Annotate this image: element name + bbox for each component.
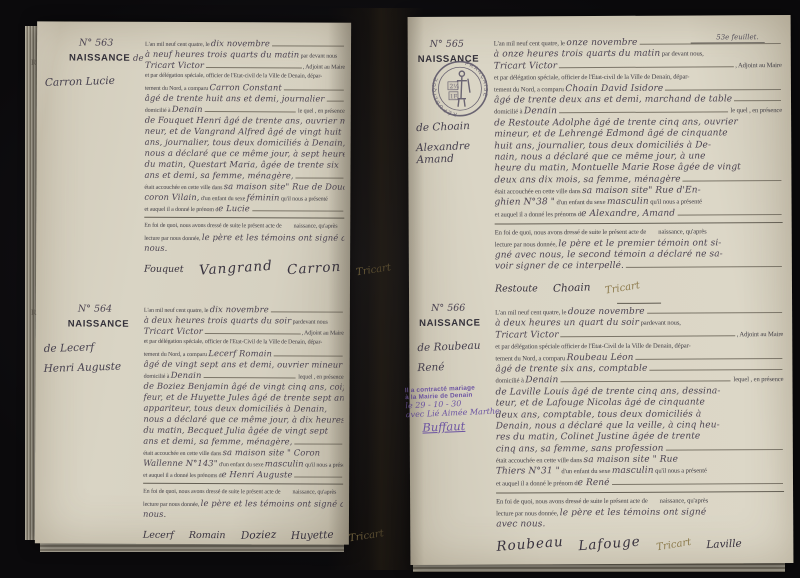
signature: Romain	[189, 530, 226, 541]
signature: Roubeau	[496, 534, 564, 555]
printed-text: pardevant nous	[291, 317, 328, 326]
printed-text: tement du Nord, a comparu	[495, 353, 566, 365]
act-line: du matin, Becquet Julia âgée de vingt se…	[143, 425, 343, 437]
printed-text: et auquel il a donné les prénoms d	[495, 209, 582, 221]
blank-rule	[274, 355, 343, 356]
handwritten-text: du matin, Becquet Julia âgée de vingt se…	[143, 425, 328, 437]
blank-rule	[295, 476, 343, 477]
act-heading: NAISSANCE	[409, 318, 495, 329]
revenue-stamp: RÉPUBLIQUE FRANÇAISE 2¼ 1F.	[430, 59, 490, 124]
act-line: coron Vilain, d'un enfant du sexe fémini…	[144, 192, 344, 204]
act-line: âgé de vingt sept ans et demi, ouvrier m…	[144, 359, 344, 371]
act-line: du matin, Questart Maria, âgée de trente…	[144, 159, 344, 171]
printed-text: et auquel il a donné le prénom d	[496, 478, 578, 490]
printed-text: , Adjoint au Maire	[303, 62, 345, 71]
handwritten-text: nous a déclaré que ce même jour, à sept …	[145, 148, 345, 160]
act-line: de Fouquet Henri âgé de trente ans, ouvr…	[145, 115, 345, 127]
handwritten-text: de Boziez Benjamin âgé de vingt cinq ans…	[144, 381, 344, 393]
blank-rule	[683, 180, 782, 182]
handwritten-text: ans et demi, sa femme, ménagère,	[144, 170, 293, 182]
blank-rule	[271, 311, 343, 312]
act-line: lecture par nous donnée, le père et les …	[144, 232, 344, 244]
handwritten-text: res du matin, Colinet Justine âgée de tr…	[496, 432, 701, 444]
handwritten-text: onze novembre	[566, 38, 637, 50]
handwritten-text: cinq ans, sa femme, sans profession	[496, 443, 664, 455]
handwritten-text: Denain	[171, 370, 202, 381]
printed-text: était accouchée en cette ville dans	[496, 455, 584, 467]
printed-text: et par délégation spéciale officier de l…	[495, 341, 690, 353]
blank-rule	[677, 214, 781, 216]
printed-text: et auquel il a donné les prénoms d	[143, 471, 221, 481]
printed-text: lecture par nous donnée,	[496, 508, 560, 520]
signatures-row: FouquetVangrandCarronTricart	[144, 259, 344, 278]
margin-name: René	[409, 359, 495, 374]
act-line: En foi de quoi, nous avons dressé de sui…	[144, 221, 344, 233]
handwritten-text: dix novembre	[211, 38, 270, 49]
printed-text: et par délégation spéciale, officier de …	[145, 71, 322, 83]
handwritten-text: Tricart Victor	[145, 60, 204, 71]
act-number: N° 563	[37, 37, 145, 48]
blank-rule	[252, 210, 343, 211]
handwritten-text: heure du matin, Montuelle Marie Rose âgé…	[494, 163, 741, 176]
handwritten-text: e Lucie	[218, 203, 250, 214]
printed-text: qu'il nous a présenté	[279, 194, 327, 203]
blank-rule	[649, 369, 782, 371]
closing-rule	[143, 483, 343, 485]
signature: Tricart	[656, 537, 692, 554]
act-line: Tricart Victor, Adjoint au Maire	[145, 60, 345, 72]
printed-text: L'an mil neuf cent quatre, le	[495, 307, 568, 319]
handwritten-text: gné avec nous, le second témoin a déclar…	[495, 249, 723, 262]
handwritten-text: le père et les témoins ont signé	[560, 507, 707, 519]
act-line: et par délégation spéciale, officier de …	[144, 337, 344, 349]
act-line: feur, et de Huyette Jules âgé de trente …	[143, 392, 343, 404]
blank-rule	[612, 483, 783, 485]
act-margin: N° 566NAISSANCEde RoubeauRené	[409, 303, 495, 373]
act-separator-rule	[617, 303, 661, 304]
margin-name: de Roubeau	[409, 339, 495, 354]
handwritten-text: à deux heures trois quarts du soir	[144, 315, 291, 327]
handwritten-text: masculin	[265, 458, 304, 469]
printed-text: et par délégation spéciale, officier de …	[144, 337, 322, 349]
handwritten-text: âgé de trente deux ans et demi, marchand…	[494, 94, 732, 107]
handwritten-text: Tricart Victor	[494, 61, 557, 73]
left-page: N° 563NAISSANCE deCarron LucieL'an mil n…	[35, 21, 351, 544]
act-line: avec nous.	[496, 518, 784, 531]
signature: Huyette	[291, 529, 334, 542]
printed-text: par devant nous,	[660, 49, 703, 61]
handwritten-text: nous.	[143, 509, 166, 520]
handwritten-text: sa maison site " Coron	[223, 447, 321, 458]
printed-text: par devant nous	[299, 51, 337, 60]
handwritten-text: masculin	[607, 197, 649, 209]
handwritten-text: Denain	[524, 107, 557, 119]
printed-text: En foi de quoi, nous avons dressé de sui…	[143, 487, 280, 499]
blank-rule	[294, 443, 342, 444]
blank-rule	[203, 377, 295, 378]
act-line: domicilié à Denain lequel , en présence	[495, 374, 783, 387]
handwritten-text: e René	[578, 478, 610, 490]
handwritten-text: le père et les témoins ont signé avec	[201, 498, 343, 510]
act-body: L'an mil neuf cent quatre, le dix novemb…	[143, 304, 344, 544]
signature: Choain	[553, 281, 591, 294]
handwritten-text: Lecerf Romain	[208, 348, 272, 359]
handwritten-text: âgé de vingt sept ans et demi, ouvrier m…	[144, 359, 343, 371]
blank-rule	[561, 335, 736, 337]
blank-rule	[284, 89, 344, 90]
handwritten-text: voir signer de ce interpellé.	[495, 261, 624, 273]
printed-text: qu'il nous a présenté	[654, 466, 707, 478]
blank-rule	[647, 312, 782, 314]
act-line: heure du matin, Montuelle Marie Rose âgé…	[494, 162, 782, 175]
handwritten-text: sa maison site" Rue d'En-	[582, 186, 701, 198]
handwritten-text: deux ans dix mois, sa femme, ménagère	[494, 174, 680, 186]
printed-text: qu'il nous a présenté	[649, 197, 702, 209]
heading-de: de	[130, 54, 143, 64]
act-566: N° 566NAISSANCEde RoubeauRenéL'an mil ne…	[409, 301, 793, 565]
blank-rule	[734, 100, 781, 101]
margin-names: de ChoainAlexandre Amand	[408, 121, 494, 165]
act-line: appariteur, tous deux domiciliés à Denai…	[143, 403, 343, 415]
handwritten-text: du matin, Questart Maria, âgée de trente…	[144, 159, 338, 171]
act-line: et auquel il a donné le prénom de René	[496, 477, 784, 490]
closing-rule	[144, 217, 344, 219]
act-line: tement du Nord, a comparu Lecerf Romain	[144, 348, 344, 360]
act-heading: NAISSANCE	[36, 318, 144, 329]
act-number: N° 565	[408, 39, 494, 50]
blank-rule	[206, 67, 302, 68]
margin-name: Alexandre Amand	[408, 139, 495, 166]
act-line: domicilié à Denain le quel , en présence	[145, 104, 345, 116]
signatures-row: LecerfRomainDoziezHuyetteTricart	[143, 525, 343, 544]
act-line: L'an mil neuf cent quatre, le dix novemb…	[145, 38, 345, 50]
printed-text: L'an mil neuf cent quatre, le	[494, 38, 567, 50]
printed-text: pardevant nous,	[639, 318, 681, 330]
act-heading: NAISSANCE de	[37, 52, 145, 63]
handwritten-text: coron Vilain,	[144, 192, 199, 203]
act-line: et auquel il a donné les prénoms de Henr…	[143, 469, 343, 481]
act-line: ans, journalier, tous deux domiciliés à …	[145, 137, 345, 149]
act-margin: N° 564NAISSANCEde LecerfHenri Auguste	[36, 303, 144, 373]
printed-text: naissance, qu'après	[292, 487, 336, 498]
act-line: L'an mil neuf cent quatre, le dix novemb…	[144, 304, 344, 316]
signature: Fouquet	[144, 264, 184, 275]
act-line: était accouchée en cette ville dans sa m…	[143, 447, 343, 459]
printed-text: tement du Nord, a comparu	[494, 84, 565, 96]
blank-rule	[272, 45, 344, 46]
handwritten-text: sa maison site " Rue	[583, 455, 678, 467]
handwritten-text: le père et les témoins ont signé avec	[202, 232, 344, 244]
handwritten-text: douze novembre	[568, 307, 645, 319]
margin-name: Henri Auguste	[35, 360, 143, 375]
blank-rule	[560, 381, 731, 383]
printed-text: En foi de quoi, nous avons dressé de sui…	[496, 496, 648, 508]
act-line: ans et demi, sa femme, ménagère,	[144, 170, 344, 182]
handwritten-text: à deux heures un quart du soir	[495, 318, 639, 330]
signatures-row: RoubeauLafougeTricartLaville	[496, 534, 784, 554]
closing-rule	[496, 491, 784, 494]
margin-names: de RoubeauRené	[409, 341, 495, 373]
edge-letter: R	[31, 58, 36, 67]
printed-text: et auquel il a donné le prénom d	[144, 205, 218, 215]
act-line: domicilié à Denain le quel , en présence	[494, 105, 782, 118]
blank-rule	[665, 89, 781, 91]
printed-text: lecture par nous donnée,	[495, 239, 559, 251]
act-line: neur, et de Vangrand Alfred âgé de vingt…	[145, 126, 345, 138]
signature: Lafouge	[578, 534, 641, 555]
printed-text: lequel , en présence	[297, 372, 344, 381]
printed-text: naissance, qu'après	[294, 221, 338, 232]
handwritten-text: à onze heures trois quarts du matin	[494, 49, 661, 61]
handwritten-text: feur, et de Huyette Jules âgé de trente …	[143, 392, 343, 404]
printed-text: le quel , en présence	[729, 105, 782, 117]
marriage-mention-stamp: Il a contracté mariage à la Mairie de De…	[405, 382, 537, 435]
handwritten-text: nous.	[144, 243, 167, 254]
act-line: à neuf heures trois quarts du matin par …	[145, 49, 345, 61]
act-564: N° 564NAISSANCEde LecerfHenri AugusteL'a…	[35, 303, 350, 544]
printed-text: lequel , en présence	[732, 374, 784, 386]
handwritten-text: avec nous.	[496, 519, 545, 531]
act-line: et auquel il a donné le prénom de Lucie	[144, 203, 344, 215]
act-line: voir signer de ce interpellé.	[495, 260, 783, 273]
printed-text: naissance, qu'après	[660, 496, 708, 508]
handwritten-text: e Henri Auguste	[222, 469, 293, 480]
printed-text: En foi de quoi, nous avons dressé de sui…	[495, 227, 647, 239]
act-line: était accouchée en cette ville dans sa m…	[144, 181, 344, 193]
signatures-row: RestouteChoainTricart	[495, 277, 783, 297]
blank-rule	[296, 177, 344, 178]
folio-label: 53e feuillet.	[690, 33, 764, 43]
handwritten-text: âgé de trente huit ans et demi, journali…	[145, 93, 325, 105]
margin-names: de LecerfHenri Auguste	[36, 341, 144, 373]
blank-rule	[636, 358, 783, 360]
blank-rule	[666, 449, 783, 451]
margin-names: Carron Lucie	[37, 75, 145, 87]
act-563: N° 563NAISSANCE deCarron LucieL'an mil n…	[36, 37, 351, 304]
signature: Vangrand	[198, 258, 273, 279]
register-photo: { "folio_label": "53e feuillet.", "edge_…	[0, 0, 800, 578]
stamp-value-bottom: 1F.	[450, 94, 459, 100]
act-line: nous a déclaré que ce même jour, à dix h…	[143, 414, 343, 426]
handwritten-text: nous a déclaré que ce même jour, à dix h…	[143, 414, 343, 426]
act-line: Tricart Victor, Adjoint au Maire	[144, 326, 344, 338]
handwritten-text: âgé de trente six ans, comptable	[495, 364, 647, 376]
handwritten-text: le père et le premier témoin ont si-	[558, 238, 721, 250]
act-number: N° 566	[409, 303, 495, 314]
signature: Tricart	[605, 280, 641, 297]
stamp-value-top: 2¼	[449, 83, 459, 90]
printed-text: qu'il nous a présenté	[304, 460, 344, 469]
right-page: 53e feuillet. RÉPUBLIQUE FRANÇAISE 2¼ 1F…	[408, 15, 794, 565]
handwritten-text: Denain	[172, 104, 203, 115]
handwritten-text: e Alexandre, Amand	[581, 208, 675, 220]
handwritten-text: Carron Constant	[210, 82, 282, 93]
signature: Restoute	[495, 283, 538, 294]
signature: Tricart	[356, 262, 392, 278]
handwritten-text: Roubeau Léon	[567, 352, 634, 364]
blank-rule	[205, 333, 301, 334]
act-margin: N° 563NAISSANCE deCarron Lucie	[37, 37, 145, 87]
act-line: Tricart Victor, Adjoint au Maire	[494, 60, 782, 73]
handwritten-text: dix novembre	[210, 304, 269, 315]
printed-text: d'un enfant du sexe	[560, 466, 612, 478]
act-body: L'an mil neuf cent quatre, le dix novemb…	[144, 38, 345, 278]
handwritten-text: Wallenne N°143"	[143, 458, 218, 469]
act-line: à deux heures trois quarts du soir parde…	[144, 315, 344, 327]
blank-rule	[326, 101, 343, 102]
act-line: En foi de quoi, nous avons dressé de sui…	[143, 487, 343, 499]
margin-name: de Lecerf	[36, 340, 144, 355]
act-line: Tricart Victor, Adjoint au Maire	[495, 329, 783, 342]
handwritten-text: Thiers N°31 "	[496, 467, 560, 479]
printed-text: d'un enfant du sexe	[555, 197, 607, 209]
handwritten-text: ghien N°38 "	[495, 198, 556, 210]
signature: Lecerf	[143, 530, 174, 541]
blank-rule	[626, 266, 782, 268]
printed-text: , Adjoint au Maire	[737, 329, 784, 341]
act-line: domicilié à Denain lequel , en présence	[144, 370, 344, 382]
blank-rule	[559, 112, 728, 114]
printed-text: était accouchée en cette ville dans	[494, 186, 582, 198]
printed-text: , Adjoint au Maire	[735, 60, 782, 72]
handwritten-text: Tricart Victor	[144, 326, 203, 337]
printed-text: , Adjoint au Maire	[302, 328, 344, 337]
blank-rule	[559, 66, 734, 68]
act-line: et auquel il a donné les prénoms de Alex…	[495, 208, 783, 221]
handwritten-text: Choain David Isidore	[565, 83, 663, 95]
printed-text: domicilié à	[494, 107, 524, 119]
act-line: ans et demi, sa femme, ménagère,	[143, 436, 343, 448]
act-line: et par délégation spéciale, officier de …	[145, 71, 345, 83]
signature: Laville	[706, 538, 742, 551]
handwritten-text: appariteur, tous deux domiciliés à Denai…	[143, 403, 327, 415]
act-line: lecture par nous donnée, le père et les …	[143, 498, 343, 510]
act-line: nous.	[143, 509, 343, 521]
act-line: nous.	[144, 243, 344, 255]
act-line: nous a déclaré que ce même jour, à sept …	[145, 148, 345, 160]
handwritten-text: Tricart Victor	[495, 330, 558, 342]
handwritten-text: féminin	[247, 192, 280, 203]
signature: Doziez	[240, 529, 276, 542]
handwritten-text: ans, journalier, tous deux domiciliés à …	[145, 137, 345, 149]
act-body: L'an mil neuf cent quatre, le douze nove…	[495, 301, 784, 554]
printed-text: En foi de quoi, nous avons dressé de sui…	[144, 221, 281, 233]
printed-text: naissance, qu'après	[658, 227, 706, 239]
act-number: N° 564	[36, 303, 144, 314]
signature: Carron	[287, 259, 342, 279]
printed-text: le quel , en présence	[297, 106, 345, 115]
closing-rule	[495, 222, 783, 225]
act-line: de Boziez Benjamin âgé de vingt cinq ans…	[144, 381, 344, 393]
handwritten-text: de Fouquet Henri âgé de trente ans, ouvr…	[145, 115, 345, 127]
edge-letter: R	[31, 308, 36, 317]
signature: Tricart	[348, 528, 384, 544]
act-line: Wallenne N°143" d'un enfant du sexe masc…	[143, 458, 343, 470]
handwritten-text: masculin	[612, 466, 654, 478]
handwritten-text: à neuf heures trois quarts du matin	[145, 49, 299, 61]
handwritten-text: ans et demi, sa femme, ménagère,	[143, 436, 292, 448]
handwritten-text: neur, et de Vangrand Alfred âgé de vingt…	[145, 126, 342, 138]
margin-name: Carron Lucie	[37, 74, 145, 89]
act-body: L'an mil neuf cent quatre, le onze novem…	[494, 37, 783, 296]
blank-rule	[205, 111, 296, 112]
act-line: âgé de trente huit ans et demi, journali…	[145, 93, 345, 105]
handwritten-text: sa maison site" Rue de Douai	[224, 181, 345, 193]
act-line: tement du Nord, a comparu Carron Constan…	[145, 82, 345, 94]
